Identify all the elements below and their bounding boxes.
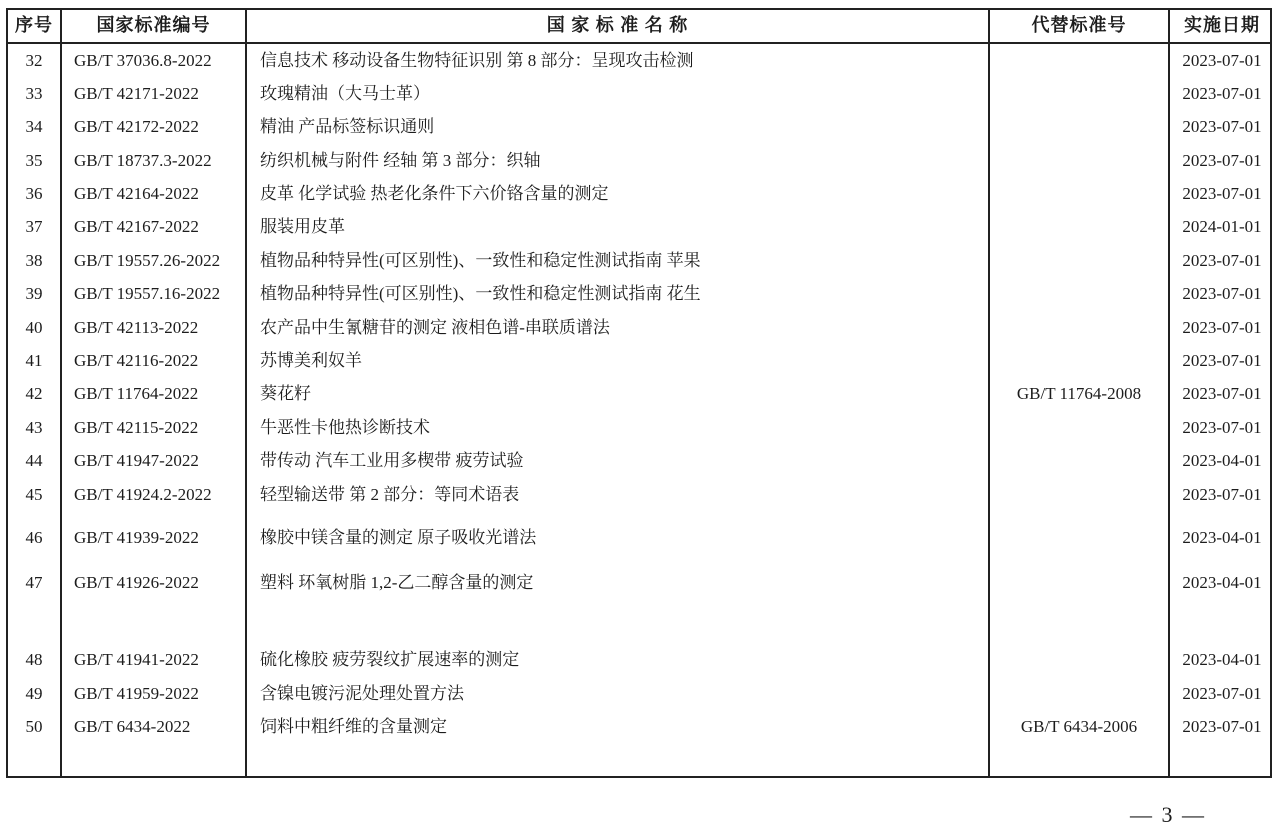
row-code: GB/T 11764-2022: [62, 378, 247, 411]
row-replaces: [990, 278, 1170, 311]
row-code: GB/T 19557.16-2022: [62, 278, 247, 311]
row-seq: 45: [8, 478, 62, 511]
row-name: 玫瑰精油（大马士革）: [247, 77, 990, 110]
row-name: 农产品中生氰糖苷的测定 液相色谱-串联质谱法: [247, 311, 990, 344]
row-seq: 37: [8, 211, 62, 244]
row-code: GB/T 41947-2022: [62, 445, 247, 478]
row-date: 2023-07-01: [1170, 144, 1274, 177]
header-name: 国 家 标 准 名 称: [247, 10, 990, 42]
row-code: GB/T 42116-2022: [62, 345, 247, 378]
row-code: GB/T 41959-2022: [62, 677, 247, 710]
row-seq: 38: [8, 244, 62, 277]
row-code: GB/T 37036.8-2022: [62, 44, 247, 77]
row-replaces: [990, 478, 1170, 511]
table-row: 36 GB/T 42164-2022 皮革 化学试验 热老化条件下六价铬含量的测…: [8, 178, 1270, 211]
row-replaces: [990, 178, 1170, 211]
row-seq: 46: [8, 511, 62, 564]
row-seq: 33: [8, 77, 62, 110]
row-code: GB/T 19557.26-2022: [62, 244, 247, 277]
row-seq: 34: [8, 111, 62, 144]
row-date: 2023-04-01: [1170, 511, 1274, 564]
header-code: 国家标准编号: [62, 10, 247, 42]
row-date: 2023-07-01: [1170, 677, 1274, 710]
row-code: GB/T 41924.2-2022: [62, 478, 247, 511]
row-name: 塑料 环氧树脂 1,2-乙二醇含量的测定: [247, 564, 990, 643]
row-replaces: [990, 411, 1170, 444]
row-seq: 35: [8, 144, 62, 177]
row-seq: 49: [8, 677, 62, 710]
row-date: 2023-07-01: [1170, 244, 1274, 277]
row-seq: 48: [8, 643, 62, 677]
row-replaces: [990, 564, 1170, 643]
row-seq: 41: [8, 345, 62, 378]
table-row: 44 GB/T 41947-2022 带传动 汽车工业用多楔带 疲劳试验 202…: [8, 445, 1270, 478]
row-code: GB/T 42167-2022: [62, 211, 247, 244]
row-seq: 47: [8, 564, 62, 643]
row-name: 硫化橡胶 疲劳裂纹扩展速率的测定: [247, 643, 990, 677]
row-replaces: [990, 111, 1170, 144]
row-seq: 39: [8, 278, 62, 311]
table-row: 32 GB/T 37036.8-2022 信息技术 移动设备生物特征识别 第 8…: [8, 44, 1270, 77]
row-code: GB/T 41926-2022: [62, 564, 247, 643]
row-name: 含镍电镀污泥处理处置方法: [247, 677, 990, 710]
row-seq: 50: [8, 711, 62, 744]
row-replaces: [990, 244, 1170, 277]
row-date: 2023-04-01: [1170, 564, 1274, 643]
row-date: 2023-07-01: [1170, 311, 1274, 344]
row-date: 2023-07-01: [1170, 711, 1274, 744]
table-row: 38 GB/T 19557.26-2022 植物品种特异性(可区别性)、一致性和…: [8, 244, 1270, 277]
table-row: 34 GB/T 42172-2022 精油 产品标签标识通则 2023-07-0…: [8, 111, 1270, 144]
row-replaces: GB/T 6434-2006: [990, 711, 1170, 744]
row-code: GB/T 42172-2022: [62, 111, 247, 144]
header-date: 实施日期: [1170, 10, 1274, 42]
row-name: 植物品种特异性(可区别性)、一致性和稳定性测试指南 花生: [247, 278, 990, 311]
table-row: 47 GB/T 41926-2022 塑料 环氧树脂 1,2-乙二醇含量的测定 …: [8, 564, 1270, 643]
row-date: 2023-07-01: [1170, 111, 1274, 144]
row-date: 2023-04-01: [1170, 445, 1274, 478]
row-name: 带传动 汽车工业用多楔带 疲劳试验: [247, 445, 990, 478]
row-code: GB/T 42113-2022: [62, 311, 247, 344]
row-replaces: GB/T 11764-2008: [990, 378, 1170, 411]
row-replaces: [990, 311, 1170, 344]
row-replaces: [990, 211, 1170, 244]
table-row: 39 GB/T 19557.16-2022 植物品种特异性(可区别性)、一致性和…: [8, 278, 1270, 311]
table-row: 49 GB/T 41959-2022 含镍电镀污泥处理处置方法 2023-07-…: [8, 677, 1270, 710]
row-date: 2023-07-01: [1170, 378, 1274, 411]
row-code: GB/T 41941-2022: [62, 643, 247, 677]
row-name: 信息技术 移动设备生物特征识别 第 8 部分：呈现攻击检测: [247, 44, 990, 77]
row-name: 橡胶中镁含量的测定 原子吸收光谱法: [247, 511, 990, 564]
row-date: 2023-07-01: [1170, 44, 1274, 77]
table-row: 43 GB/T 42115-2022 牛恶性卡他热诊断技术 2023-07-01: [8, 411, 1270, 444]
row-code: GB/T 42171-2022: [62, 77, 247, 110]
table-row: 41 GB/T 42116-2022 苏博美利奴羊 2023-07-01: [8, 345, 1270, 378]
row-replaces: [990, 677, 1170, 710]
row-replaces: [990, 77, 1170, 110]
row-date: 2023-07-01: [1170, 278, 1274, 311]
row-name: 饲料中粗纤维的含量测定: [247, 711, 990, 744]
row-name: 轻型输送带 第 2 部分：等同术语表: [247, 478, 990, 511]
row-date: 2023-07-01: [1170, 345, 1274, 378]
table-row: 33 GB/T 42171-2022 玫瑰精油（大马士革） 2023-07-01: [8, 77, 1270, 110]
row-seq: 40: [8, 311, 62, 344]
row-seq: 42: [8, 378, 62, 411]
row-code: GB/T 41939-2022: [62, 511, 247, 564]
row-code: GB/T 18737.3-2022: [62, 144, 247, 177]
row-name: 服装用皮革: [247, 211, 990, 244]
row-name: 精油 产品标签标识通则: [247, 111, 990, 144]
row-name: 葵花籽: [247, 378, 990, 411]
standards-table: 序号 国家标准编号 国 家 标 准 名 称 代替标准号 实施日期 32 GB/T…: [6, 8, 1272, 778]
table-row: 45 GB/T 41924.2-2022 轻型输送带 第 2 部分：等同术语表 …: [8, 478, 1270, 511]
row-replaces: [990, 144, 1170, 177]
table-row: 37 GB/T 42167-2022 服装用皮革 2024-01-01: [8, 211, 1270, 244]
row-seq: 32: [8, 44, 62, 77]
row-replaces: [990, 511, 1170, 564]
row-date: 2024-01-01: [1170, 211, 1274, 244]
row-code: GB/T 6434-2022: [62, 711, 247, 744]
table-row: 35 GB/T 18737.3-2022 纺织机械与附件 经轴 第 3 部分：织…: [8, 144, 1270, 177]
table-row: 48 GB/T 41941-2022 硫化橡胶 疲劳裂纹扩展速率的测定 2023…: [8, 643, 1270, 677]
table-row: 50 GB/T 6434-2022 饲料中粗纤维的含量测定 GB/T 6434-…: [8, 711, 1270, 744]
row-replaces: [990, 44, 1170, 77]
document-page: 序号 国家标准编号 国 家 标 准 名 称 代替标准号 实施日期 32 GB/T…: [0, 0, 1280, 840]
row-seq: 36: [8, 178, 62, 211]
row-seq: 44: [8, 445, 62, 478]
row-name: 牛恶性卡他热诊断技术: [247, 411, 990, 444]
row-date: 2023-07-01: [1170, 77, 1274, 110]
row-replaces: [990, 445, 1170, 478]
header-replaces: 代替标准号: [990, 10, 1170, 42]
table-row: 42 GB/T 11764-2022 葵花籽 GB/T 11764-2008 2…: [8, 378, 1270, 411]
table-row: 46 GB/T 41939-2022 橡胶中镁含量的测定 原子吸收光谱法 202…: [8, 511, 1270, 564]
row-seq: 43: [8, 411, 62, 444]
row-date: 2023-07-01: [1170, 478, 1274, 511]
row-date: 2023-04-01: [1170, 643, 1274, 677]
page-number: — 3 —: [1108, 802, 1228, 828]
row-code: GB/T 42164-2022: [62, 178, 247, 211]
row-replaces: [990, 643, 1170, 677]
row-name: 苏博美利奴羊: [247, 345, 990, 378]
table-row: 40 GB/T 42113-2022 农产品中生氰糖苷的测定 液相色谱-串联质谱…: [8, 311, 1270, 344]
row-code: GB/T 42115-2022: [62, 411, 247, 444]
header-seq: 序号: [8, 10, 62, 42]
table-filler-row: [8, 744, 1270, 776]
row-name: 纺织机械与附件 经轴 第 3 部分：织轴: [247, 144, 990, 177]
row-name: 皮革 化学试验 热老化条件下六价铬含量的测定: [247, 178, 990, 211]
row-date: 2023-07-01: [1170, 178, 1274, 211]
row-date: 2023-07-01: [1170, 411, 1274, 444]
table-header-row: 序号 国家标准编号 国 家 标 准 名 称 代替标准号 实施日期: [8, 10, 1270, 44]
row-replaces: [990, 345, 1170, 378]
row-name: 植物品种特异性(可区别性)、一致性和稳定性测试指南 苹果: [247, 244, 990, 277]
